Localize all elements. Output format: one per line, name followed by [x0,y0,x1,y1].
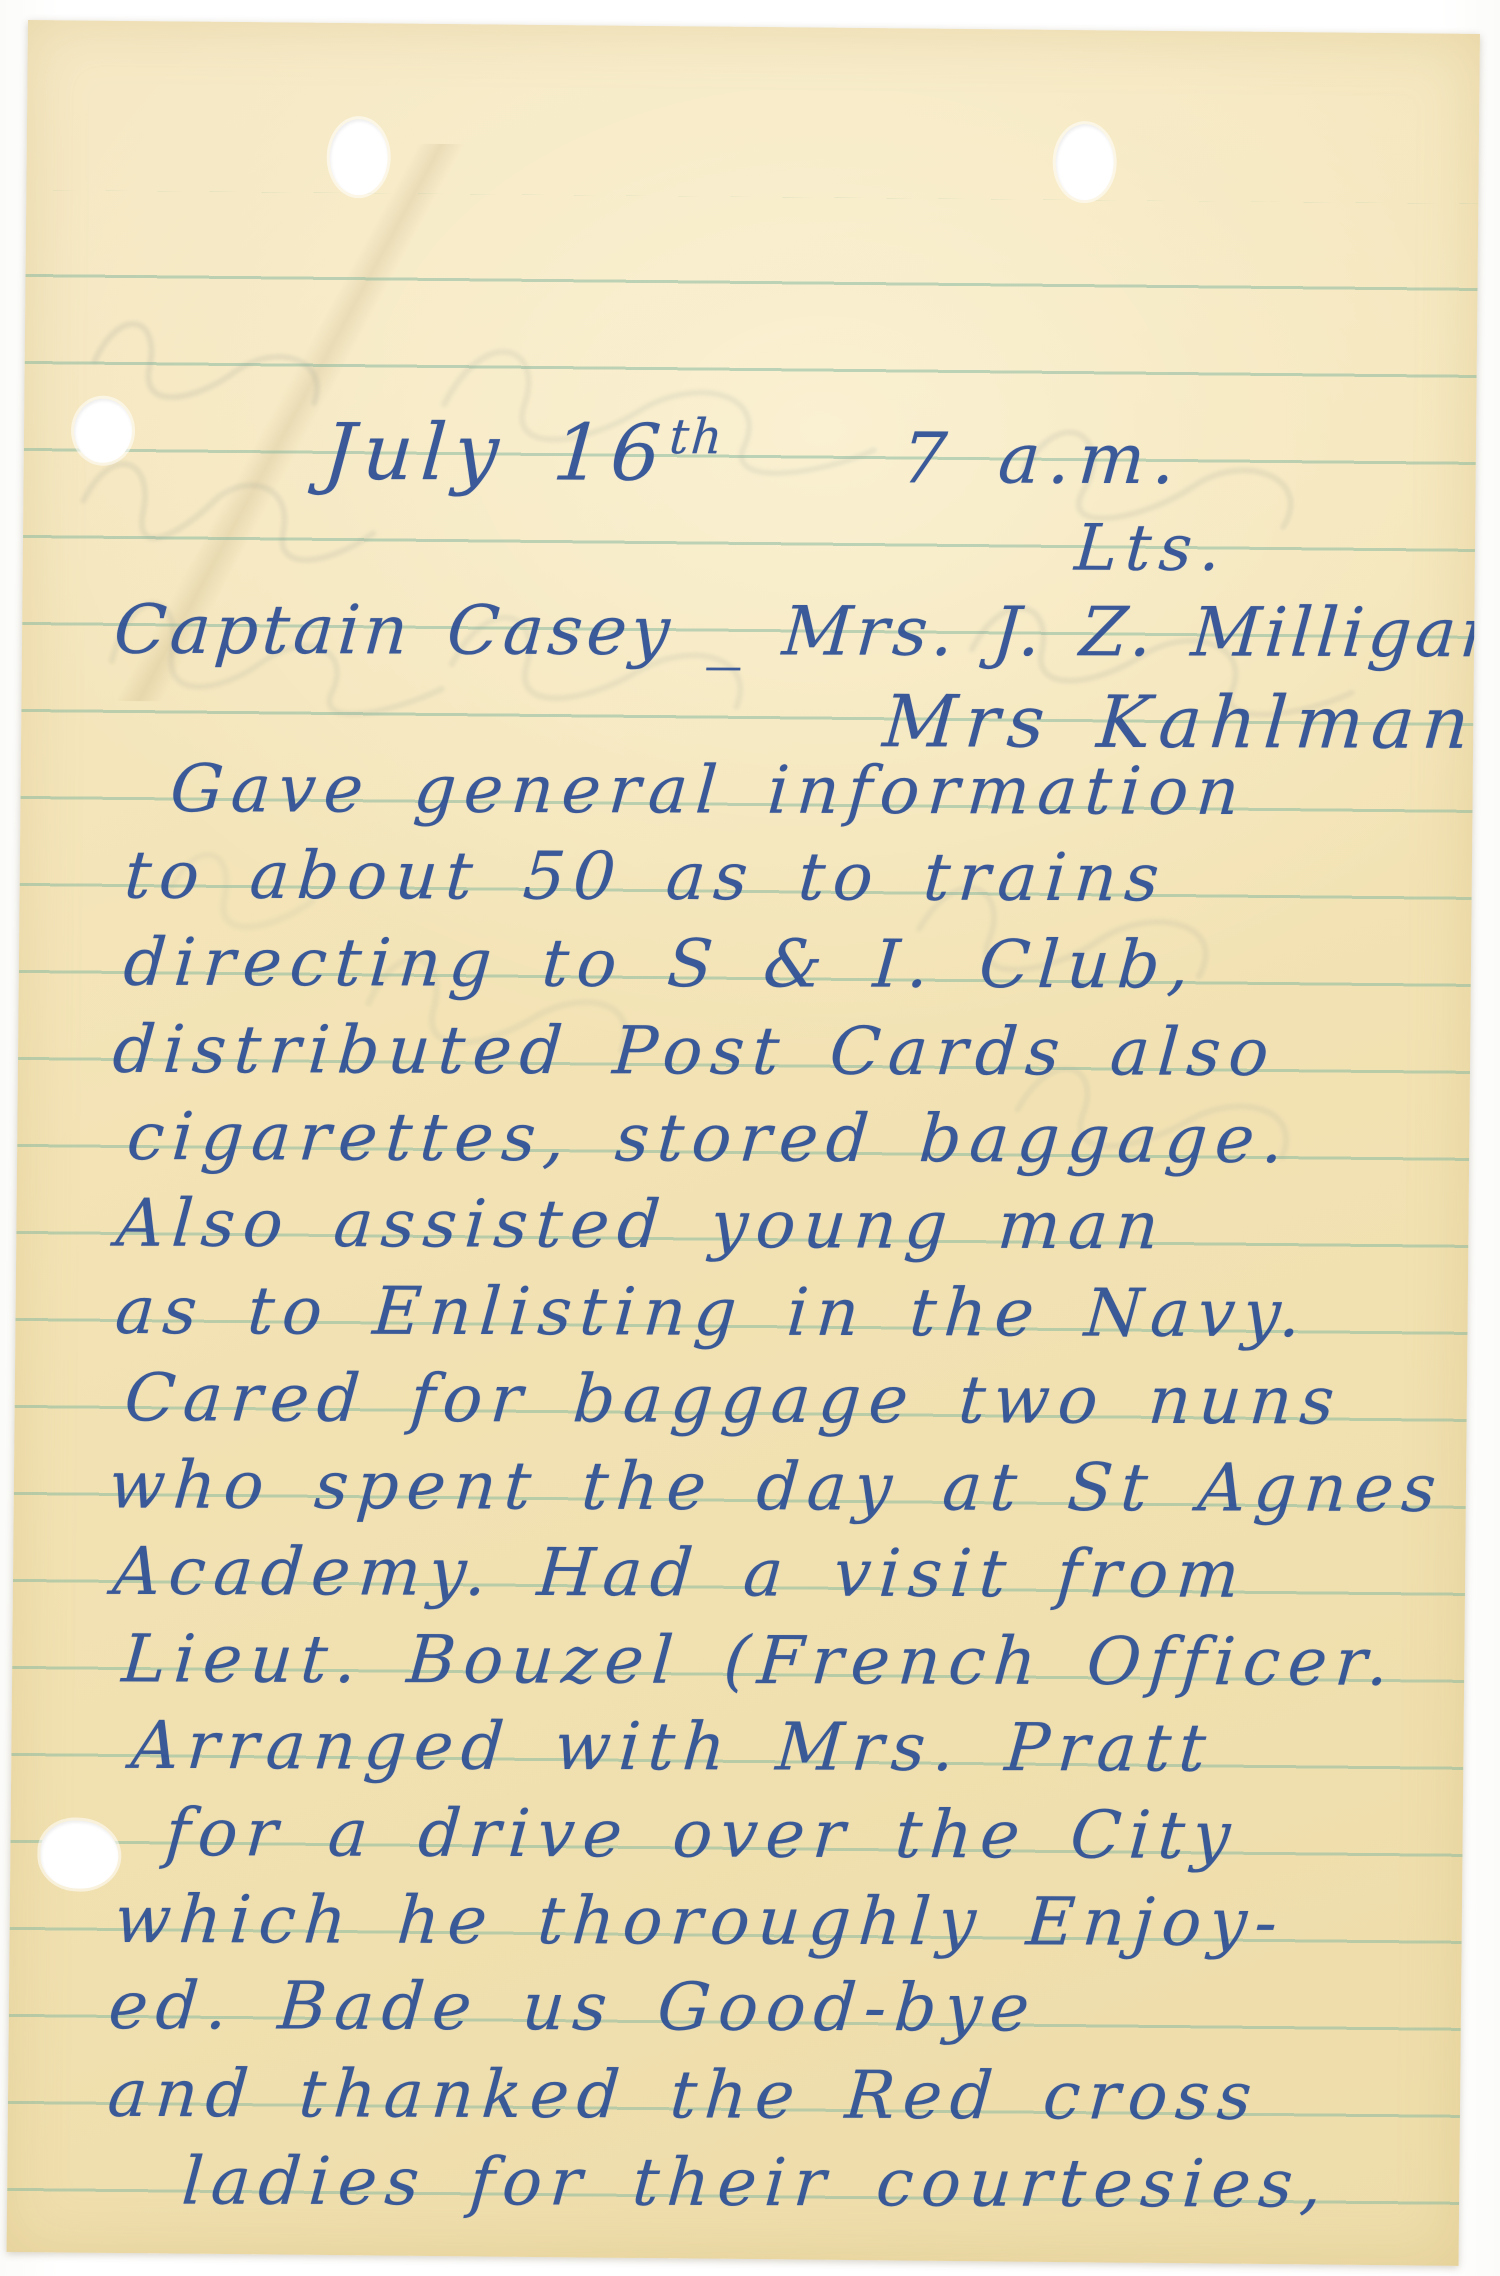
handwriting-line: and thanked the Red cross [106,2061,1262,2130]
handwriting-line: ladies for their courtesies, [180,2149,1332,2218]
handwriting-line: ed. Bade us Good-bye [107,1973,1040,2041]
officers-line-2: Mrs Kahlman [881,685,1480,759]
officers-line: Captain Casey _ Mrs. J. Z. Milligan [112,597,1480,669]
handwriting-line: Cared for baggage two nuns [122,1365,1344,1434]
scan-background: July 16th 7 a.m. Lts. Captain Casey _ Mr… [0,0,1500,2276]
handwriting-line: who spent the day at St Agnes [107,1453,1447,1522]
handwriting-line: Gave general information [168,756,1249,825]
handwriting-line: Academy. Had a visit from [111,1539,1250,1608]
handwriting-line: Arranged with Mrs. Pratt [129,1713,1216,1782]
roster-label: Lts. [1073,517,1231,581]
letter-page: July 16th 7 a.m. Lts. Captain Casey _ Mr… [7,20,1480,2266]
handwriting-line: to about 50 as to trains [122,843,1169,912]
date-text: July 16 [321,408,672,499]
handwriting-line: distributed Post Cards also [111,1017,1279,1086]
handwriting-line: cigarettes, stored baggage. [125,1104,1294,1173]
handwriting-line: which he thoroughly Enjoy- [112,1887,1287,1956]
time-note: 7 a.m. [899,423,1185,494]
punch-hole-left-lower [40,1820,119,1889]
date-ordinal-suffix: th [668,409,727,465]
handwriting-line: for a drive over the City [163,1800,1240,1869]
handwriting-line: Lieut. Bouzel (French Officer. [120,1626,1399,1695]
date-line: July 16th [321,412,726,493]
handwriting-line: as to Enlisting in the Navy. [113,1278,1311,1347]
punch-hole-left-upper [74,398,133,463]
handwriting-line: Also assisted young man [114,1191,1169,1260]
handwriting-line: directing to S & I. Club, [122,930,1200,999]
